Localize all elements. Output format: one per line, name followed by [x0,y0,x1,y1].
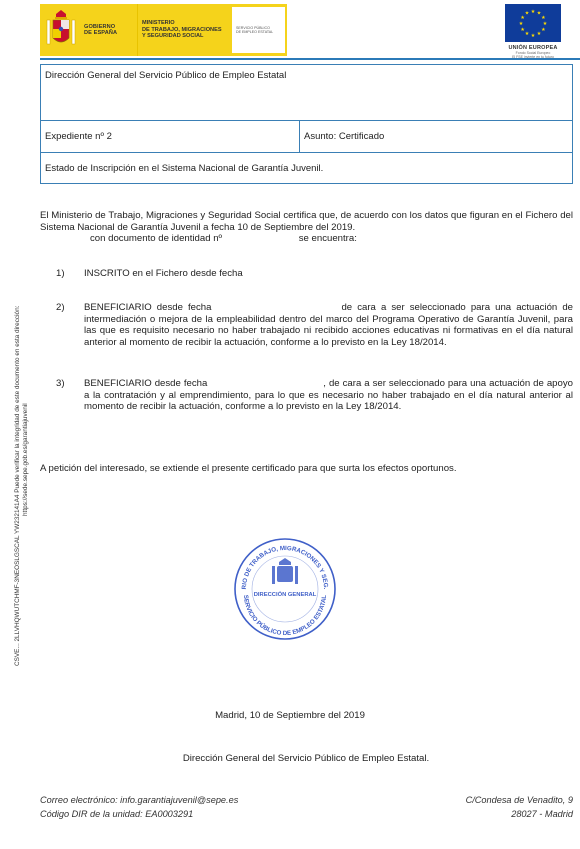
intro-paragraph: El Ministerio de Trabajo, Migraciones y … [40,210,573,245]
official-stamp: MINISTERIO DE TRABAJO, MIGRACIONES Y SEG… [232,536,338,642]
signature-date: Madrid, 10 de Septiembre del 2019 [0,710,580,721]
verification-side-note: CSVE... 2LLVHQWUTCHMF-3NEOSLGSCAL YW2321… [14,196,30,666]
svg-text:★: ★ [520,27,525,33]
header-divider [40,58,580,60]
svg-text:DIRECCIÓN GENERAL: DIRECCIÓN GENERAL [254,590,317,598]
signature-issuer: Dirección General del Servicio Público d… [0,753,580,764]
footer-city: 28027 - Madrid [466,807,573,821]
verification-url[interactable]: https://sede.sepe.gob.es/garantiajuvenil [22,196,30,666]
id-document-text: con documento de identidad nº [90,233,222,244]
certificate-body: El Ministerio de Trabajo, Migraciones y … [40,210,573,245]
list-item: 3) BENEFICIARIO desde fecha, de cara a s… [56,378,573,413]
intro-end-text: se encuentra: [299,233,357,244]
svg-text:★: ★ [525,31,530,37]
sepe-logo: SERVICIO PÚBLICO DE EMPLEO ESTATAL [232,7,285,53]
svg-text:★: ★ [531,33,536,39]
document-header: GOBIERNO DE ESPAÑA MINISTERIO DE TRABAJO… [40,4,580,60]
svg-text:★: ★ [537,31,542,37]
svg-text:★: ★ [525,10,530,16]
eu-flag-icon: ★★★★★★★★★★★★ [505,4,561,42]
estado-cell: Estado de Inscripción en el Sistema Naci… [41,153,573,184]
footer-email: Correo electrónico: info.garantiajuvenil… [40,793,238,807]
eu-logo: ★★★★★★★★★★★★ UNIÓN EUROPEA Fondo Social … [502,4,564,60]
svg-text:★: ★ [519,21,524,27]
svg-text:★: ★ [541,27,546,33]
list-item: 2) BENEFICIARIO desde fechade cara a ser… [56,302,573,348]
footer-address: C/Condesa de Venadito, 9 [466,793,573,807]
asunto-cell: Asunto: Certificado [300,121,573,153]
ministry-label: MINISTERIO DE TRABAJO, MIGRACIONES Y SEG… [138,4,232,56]
gobierno-espana-label: GOBIERNO DE ESPAÑA [82,4,138,56]
document-info-table: Dirección General del Servicio Público d… [40,64,573,184]
svg-text:★: ★ [531,9,536,15]
list-item: 1) INSCRITO en el Fichero desde fecha [56,268,573,280]
csv-code: CSVE... 2LLVHQWUTCHMF-3NEOSLGSCAL YW2321… [14,196,22,666]
government-logo: GOBIERNO DE ESPAÑA MINISTERIO DE TRABAJO… [40,4,287,56]
issuer-cell: Dirección General del Servicio Público d… [41,65,573,121]
coat-of-arms-icon [40,4,82,56]
expediente-cell: Expediente nº 2 [41,121,300,153]
closing-paragraph: A petición del interesado, se extiende e… [40,463,573,475]
svg-text:SERVICIO PÚBLICO DE EMPLEO EST: SERVICIO PÚBLICO DE EMPLEO ESTATAL [242,594,328,637]
footer-dir-code: Código DIR de la unidad: EA0003291 [40,807,238,821]
